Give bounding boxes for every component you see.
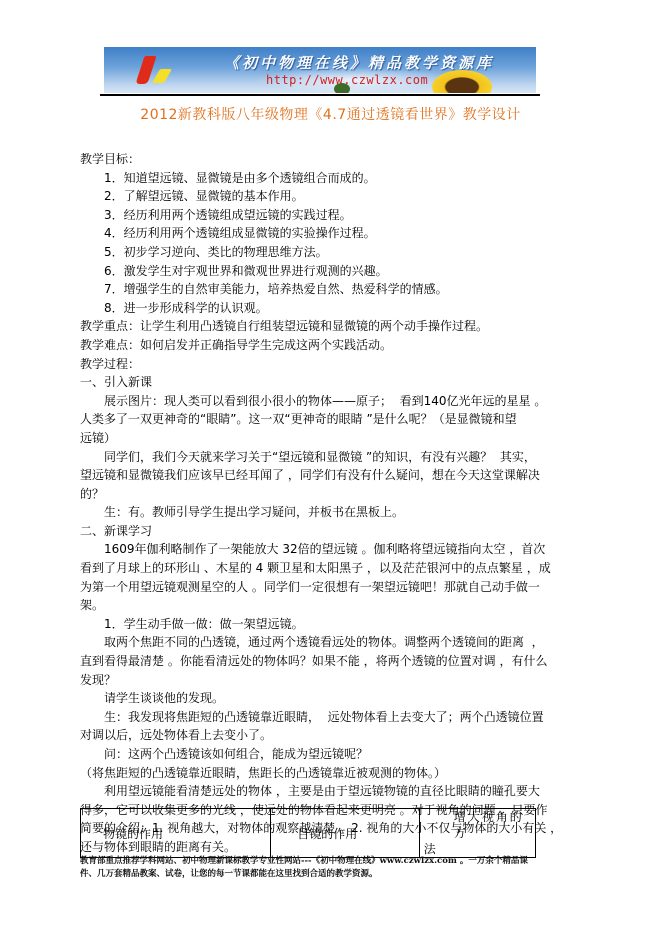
footer-notice: 教育部重点推荐学科网站、初中物理新课标教学专业性网站---《初中物理在线》www… [80, 855, 600, 881]
document-line: 1．知道望远镜、显微镜是由多个透镜组合而成的。 [80, 169, 540, 188]
document-line: 1．学生动手做一做：做一架望远镜。 [80, 615, 540, 634]
document-line: 2．了解望远镜、显微镜的基本作用。 [80, 187, 540, 206]
document-title: 2012新教科版八年级物理《4.7通过透镜看世界》教学设计 [0, 104, 661, 124]
document-line: 7．增强学生的自然审美能力，培养热爱自然、热爱科学的情感。 [80, 280, 540, 299]
document-line: 3．经历利用两个透镜组成望远镜的实践过程。 [80, 206, 540, 225]
document-line: 6．激发学生对宇观世界和微观世界进行观测的兴趣。 [80, 262, 540, 281]
table-header-eyepiece: 目镜的作用 [271, 809, 419, 858]
header-divider [100, 94, 540, 96]
document-line: 取两个焦距不同的凸透镜，通过两个透镜看远处的物体。调整两个透镜间的距离 ， [80, 633, 540, 652]
document-line: 教学目标： [80, 150, 540, 169]
document-line: 问：这两个凸透镜该如何组合，能成为望远镜呢？ [80, 745, 540, 764]
footer-line-1: 教育部重点推荐学科网站、初中物理新课标教学专业性网站---《初中物理在线》www… [80, 855, 600, 868]
document-line: 展示图片：现人类可以看到很小很小的物体——原子； 看到140亿光年远的星星 。 [80, 392, 540, 411]
header-banner: 《初中物理在线》精品教学资源库 http://www.czwlzx.com [104, 47, 536, 93]
document-line: 对调以后，远处物体看上去变小了。 [80, 726, 540, 745]
document-line: 一、引入新课 [80, 373, 540, 392]
document-line: 5．初步学习逆向、类比的物理思维方法。 [80, 243, 540, 262]
document-line: 生：我发现将焦距短的凸透镜靠近眼睛， 远处物体看上去变大了；两个凸透镜位置 [80, 708, 540, 727]
document-line: 看到了月球上的环形山 、木星的 4 颗卫星和太阳黑子 ，以及茫茫银河中的点点繁星… [80, 559, 540, 578]
document-line: 望远镜和显微镜我们应该早已经耳闻了 ，同学们有没有什么疑问，想在今天这堂课解决 [80, 466, 540, 485]
document-line: 人类多了一双更神奇的“眼睛”。这一双“更神奇的眼睛 ”是什么呢？（是显微镜和望 [80, 410, 540, 429]
document-line: 教学难点：如何启发并正确指导学生完成这两个实践活动。 [80, 336, 540, 355]
table-header-objective: 物镜的作用 [81, 809, 271, 858]
czwlzx-logo-accent-icon [152, 69, 172, 83]
leaf-decoration-icon [334, 83, 350, 93]
table-header-method-line2: 法 [424, 842, 436, 856]
document-line: 发现？ [80, 671, 540, 690]
table-header-method-line1: 增大视角的方 [424, 809, 531, 841]
document-line: 8．进一步形成科学的认识观。 [80, 299, 540, 318]
document-line: 的？ [80, 485, 540, 504]
document-line: 请学生谈谈他的发现。 [80, 689, 540, 708]
document-line: 利用望远镜能看清楚远处的物体 ，主要是由于望远镜物镜的直径比眼睛的瞳孔要大 [80, 782, 540, 801]
document-line: 二、新课学习 [80, 522, 540, 541]
document-line: 为第一个用望远镜观测星空的人 。同学们一定很想有一架望远镜吧！那就自己动手做一 [80, 578, 540, 597]
document-line: 教学过程： [80, 355, 540, 374]
document-line: 教学重点：让学生利用凸透镜自行组装望远镜和显微镜的两个动手操作过程。 [80, 317, 540, 336]
document-line: 架。 [80, 596, 540, 615]
table-row: 物镜的作用 目镜的作用 增大视角的方 法 [81, 809, 536, 858]
lens-function-table: 物镜的作用 目镜的作用 增大视角的方 法 [80, 808, 536, 858]
sunflower-icon [432, 70, 492, 93]
document-body: 教学目标：1．知道望远镜、显微镜是由多个透镜组合而成的。2．了解望远镜、显微镜的… [80, 150, 540, 857]
document-line: 生：有。教师引导学生提出学习疑问，并板书在黑板上。 [80, 503, 540, 522]
table-header-method: 增大视角的方 法 [419, 809, 535, 858]
document-line: 远镜） [80, 429, 540, 448]
document-line: 1609年伽利略制作了一架能放大 32倍的望远镜 。伽利略将望远镜指向太空 ，首… [80, 540, 540, 559]
document-line: （将焦距短的凸透镜靠近眼睛，焦距长的凸透镜靠近被观测的物体。） [80, 764, 540, 783]
document-line: 4．经历利用两个透镜组成显微镜的实验操作过程。 [80, 224, 540, 243]
document-line: 直到看得最清楚 。你能看清远处的物体吗？如果不能 ，将两个透镜的位置对调 ，有什… [80, 652, 540, 671]
footer-line-2: 件、几万套精品教案、试卷，让您的每一节课都能在这里找到合适的教学资源。 [80, 868, 600, 881]
document-line: 同学们，我们今天就来学习关于“望远镜和显微镜 ”的知识，有没有兴趣？ 其实， [80, 448, 540, 467]
